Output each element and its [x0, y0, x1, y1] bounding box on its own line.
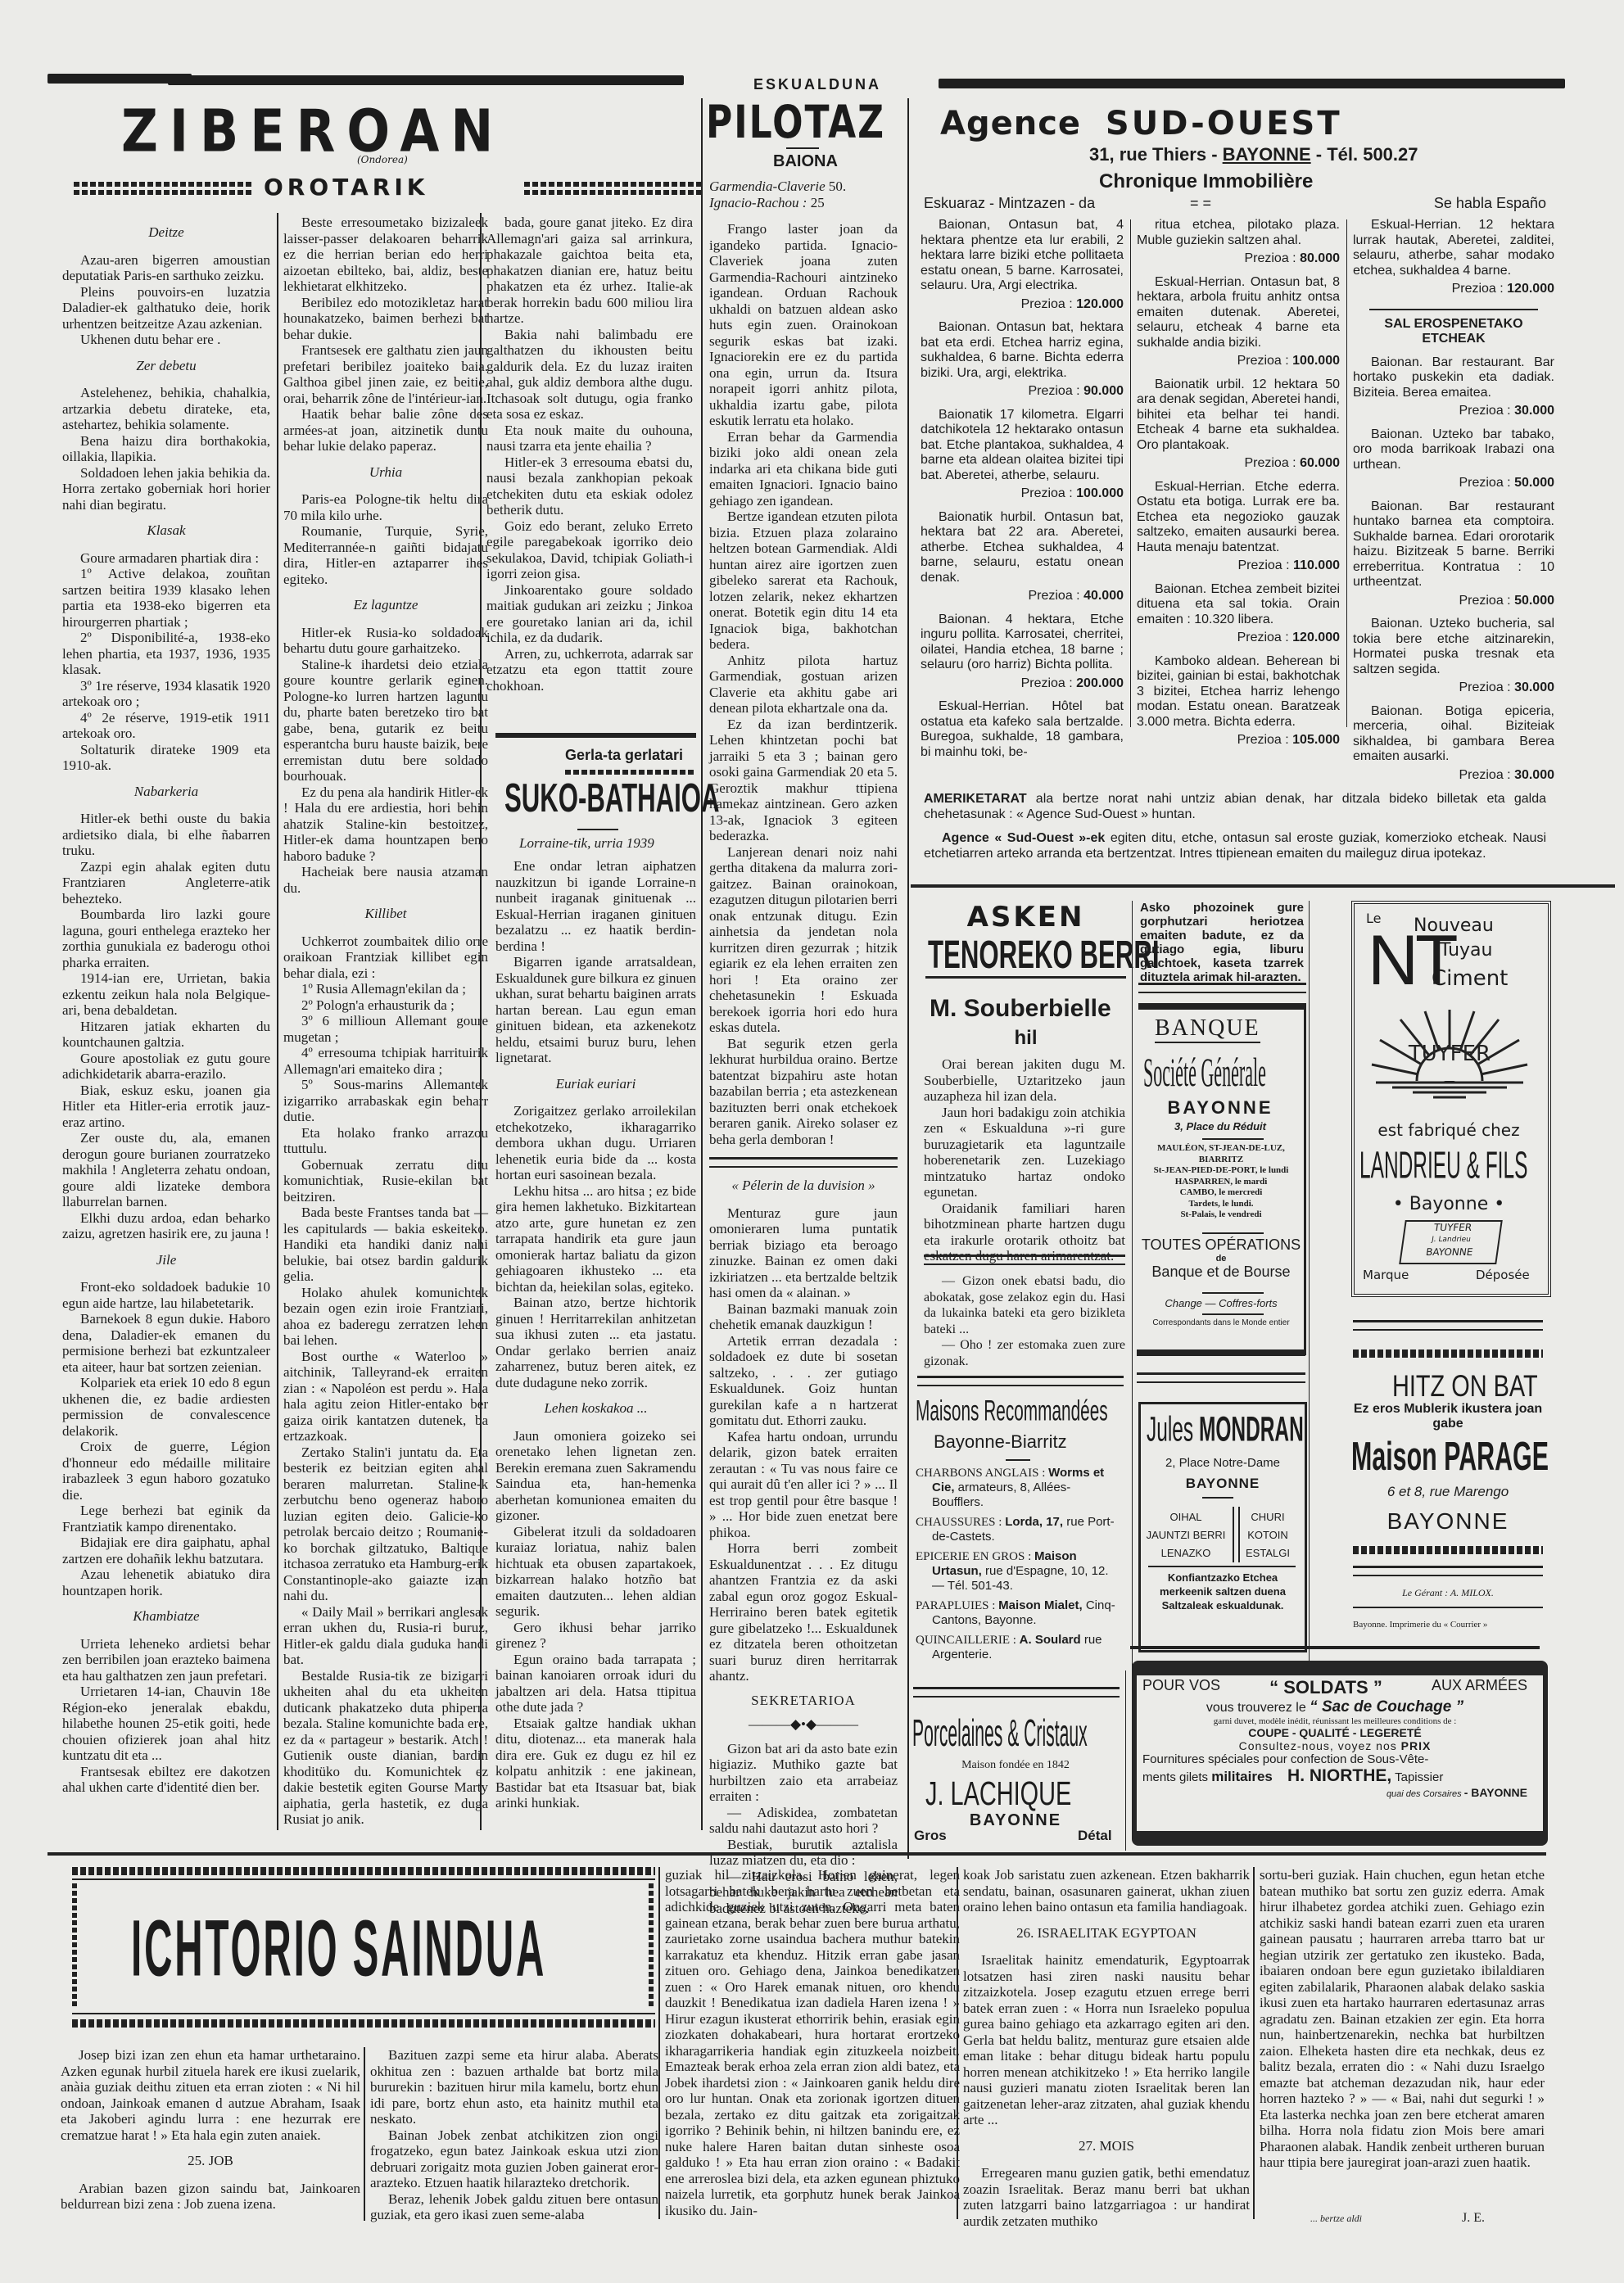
signature: SEKRETARIOA — [709, 1693, 898, 1709]
paragraph: Jaun omoniera goizeko sei orenetako lehe… — [495, 1428, 696, 1524]
banque-rule-3 — [1202, 1292, 1264, 1294]
mondran-right-item: KOTOIN — [1238, 1526, 1297, 1544]
paragraph: Bena haizu dira borthakokia, oillakia, l… — [62, 433, 270, 465]
paragraph: koak Job saristatu zuen azkenean. Etzen … — [963, 1867, 1250, 1915]
paragraph: Horra berri zombeit Eskualdunentzat . . … — [709, 1540, 898, 1684]
branch: MAULÉON, ST-JEAN-DE-LUZ, — [1138, 1143, 1304, 1155]
pilotaz-rule — [786, 147, 819, 149]
listing-price: Prezioa : 90.000 — [921, 384, 1124, 400]
maisons-top-rule — [917, 1376, 1124, 1386]
ichtorio-title: ICHTORIO SAINDUA — [131, 1901, 546, 1993]
paragraph: Artetik errran dezadala : soldadoek ez d… — [709, 1333, 898, 1429]
column-divider — [658, 1867, 660, 2219]
branch: HASPARREN, le mardi — [1138, 1177, 1304, 1188]
mondran-footer: Konfiantzazko Etcheamerkeenik saltzen du… — [1140, 1571, 1305, 1612]
listing-price: Prezioa : 40.000 — [921, 589, 1124, 604]
niorthe-soldats: “ SOLDATS ” — [1269, 1677, 1382, 1698]
svg-text:TUYFER: TUYFER — [1408, 1042, 1491, 1066]
tuyfer-mark-right: Déposée — [1476, 1268, 1530, 1282]
banque-bottom-rule — [1137, 1349, 1305, 1356]
niorthe-trade: Tapissier — [1395, 1770, 1443, 1784]
listing-price: Prezioa : 30.000 — [1353, 680, 1554, 696]
paragraph: Eta nouk maite du ouhouna, nausi tzarra … — [486, 423, 693, 454]
column-divider — [1132, 901, 1133, 1670]
banque-rule — [1202, 1138, 1264, 1140]
orotarik-rule-right-2 — [524, 190, 704, 195]
paragraph: — Gizon onek ebatsi badu, dio abokatak, … — [924, 1273, 1125, 1337]
agence-subtitle: Chronique Immobilière — [1099, 170, 1313, 193]
paragraph: — Adiskidea, zombatetan saldu nahi dauta… — [709, 1805, 898, 1837]
listing: Baionan. 4 hektara, Etche inguru pollita… — [921, 613, 1124, 673]
paragraph: guziak hil zitzaizkola. Horien gainerat,… — [665, 1867, 960, 2218]
paragraph: 2º Disponibilité-a, 1938-eko lehen phart… — [62, 630, 270, 678]
banque-correspondents: Correspondants dans le Monde entier — [1138, 1318, 1304, 1327]
column-divider — [1309, 901, 1310, 1670]
paragraph: Beste erresoumetako bizizaleek laisser-p… — [283, 215, 488, 295]
listing-price: Prezioa : 110.000 — [1137, 558, 1340, 574]
parage-name-1: Maison — [1351, 1435, 1437, 1480]
parage-address: 6 et 8, rue Marengo — [1351, 1484, 1545, 1500]
asken-bottom-rule — [924, 1255, 1125, 1265]
ichtorio-column-5: sortu-beri guziak. Hain chuchen, egun he… — [1260, 1867, 1545, 2171]
mondran-address: 2, Place Notre-Dame — [1138, 1456, 1307, 1470]
ichtorio-column-3: guziak hil zitzaizkola. Horien gainerat,… — [665, 1867, 960, 2218]
section-heading: Zer debetu — [62, 358, 270, 374]
paragraph: Goure apostoliak ez gutu goure adichkide… — [62, 1051, 270, 1083]
paragraph: Barnekoek 8 egun dukie. Haboro dena, Dal… — [62, 1311, 270, 1375]
asken-joke: — Gizon onek ebatsi badu, dio abokatak, … — [924, 1273, 1125, 1369]
agence-listings-column-1: Baionan, Ontasun bat, 4 hektara phentze … — [921, 218, 1124, 760]
parage-dots-top — [1353, 1349, 1543, 1358]
mondran-name: Jules MONDRAN — [1147, 1410, 1304, 1450]
ornament-divider: ———◆•◆——— — [709, 1716, 898, 1733]
ichtorio-column-4: koak Job saristatu zuen azkenean. Etzen … — [963, 1867, 1250, 2229]
sal-heading: SAL EROSPENETAKO ETCHEAK — [1369, 309, 1538, 347]
banque-rule-4 — [1202, 1313, 1264, 1315]
banque-name: Société Générale — [1143, 1050, 1266, 1096]
paragraph: Jinkoarentako goure soldado maitiak gudu… — [486, 582, 693, 646]
ichtorio-column-2: Bazituen zazpi seme eta hirur alaba. Abe… — [370, 2047, 658, 2223]
pilotaz-location: BAIONA — [773, 152, 838, 171]
paragraph: Israelitak hainitz emendaturik, Egyptoar… — [963, 1952, 1250, 2128]
section-heading: Urhia — [283, 464, 488, 481]
listing: Baionan. Uzteko bucheria, sal tokia bere… — [1353, 617, 1554, 677]
parage-title: HITZ ON BAT — [1392, 1369, 1538, 1404]
paragraph: Kolpariek eta eriek 10 edo 8 egun ukhene… — [62, 1375, 270, 1439]
banque-ops-3: Banque et de Bourse — [1138, 1264, 1304, 1281]
suko-title-rule — [577, 829, 618, 830]
paragraph: Hitler-ek Rusia-ko soldadoak behartu dut… — [283, 625, 488, 657]
ichtorio-dots-top — [72, 1867, 655, 1875]
paragraph: 5º Sous-marins Allemantek izigarriko arr… — [283, 1077, 488, 1125]
agence-title: Agence SUD-OUEST — [940, 105, 1342, 142]
niorthe-line1-pre: POUR VOS — [1142, 1677, 1220, 1698]
lachique-founded: Maison fondée en 1842 — [911, 1759, 1120, 1772]
maison-entry: CHARBONS ANGLAIS : Worms et Cie, armateu… — [916, 1466, 1120, 1510]
orotarik-heading: OROTARIK — [264, 174, 428, 201]
paragraph: Biak, eskuz esku, joanen gia Hitler eta … — [62, 1083, 270, 1131]
paragraph: Goiz edo berant, zeluko Erreto egile par… — [486, 518, 693, 582]
niorthe-top-rule — [1130, 1646, 1540, 1649]
pilotaz-scores: Garmendia-Claverie 50.Ignacio-Rachou : 2… — [709, 179, 898, 210]
ameriketarat-label: AMERIKETARAT — [924, 792, 1027, 806]
listing: Baionan. Botiga epiceria, merceria, oiha… — [1353, 704, 1554, 765]
paragraph: Bainan atzo, bertze hichtorik ginuen ! H… — [495, 1295, 696, 1390]
paragraph: bada, goure ganat jiteko. Ez dira Allema… — [486, 215, 693, 327]
mondran-name-2: MONDRAN — [1199, 1410, 1304, 1449]
mondran-footer-item: Konfiantzazko Etchea — [1140, 1571, 1305, 1585]
suko-kicker: Gerla-ta gerlatari — [565, 747, 683, 764]
asken-headline: M. Souberbielle — [930, 995, 1111, 1023]
listing-price: Prezioa : 60.000 — [1137, 456, 1340, 472]
paragraph: Gizon bat ari da asto bate ezin higiaziz… — [709, 1741, 898, 1805]
phozoin-note: Asko phozoinek gure gorphutzari heriotze… — [1140, 901, 1304, 984]
section-heading: Euriak euriari — [495, 1076, 696, 1092]
tuyfer-badge-3: BAYONNE — [1401, 1246, 1497, 1259]
agence-tagline-left: Eskuaraz - Mintzazen - da — [924, 195, 1095, 211]
lachique-gros: Gros — [914, 1828, 947, 1844]
listing: Eskual-Herrian. 12 hektara lurrak hautak… — [1353, 218, 1554, 278]
paragraph: Erregearen manu guzien gatik, bethi emen… — [963, 2165, 1250, 2229]
paragraph: 1º Active delakoa, zouñtan sartzen beiti… — [62, 566, 270, 630]
niorthe-city: - BAYONNE — [1464, 1786, 1527, 1799]
listing: Baionan. Bar restaurant. Bar hortako pus… — [1353, 355, 1554, 401]
paragraph: Bada beste Frantses tanda bat — les capi… — [283, 1205, 488, 1285]
mondran-left-item: LENAZKO — [1145, 1544, 1227, 1562]
banque-rule-2 — [1202, 1232, 1264, 1234]
listing: Baionatik 17 kilometra. Elgarri datchiko… — [921, 408, 1124, 484]
banque-ops: TOUTES OPÉRATIONS de Banque et de Bourse — [1138, 1236, 1304, 1281]
parage-bottom-rule — [1353, 1566, 1543, 1576]
paragraph: Haatik behar balie zône des armées-at jo… — [283, 406, 488, 454]
branch: CAMBO, le mercredi — [1138, 1187, 1304, 1199]
parage-dots-bottom — [1353, 1546, 1543, 1554]
paragraph: 1914-ian ere, Urrietan, bakia ezkentu ze… — [62, 970, 270, 1019]
niorthe-militaires: militaires — [1211, 1769, 1273, 1784]
section-heading: Jile — [62, 1252, 270, 1268]
paper-name: ESKUALDUNA — [753, 76, 881, 93]
paragraph: Zorigaitzez gerlako arroilekilan etcheko… — [495, 1103, 696, 1183]
maison-entry: CHAUSSURES : Lorda, 17, rue Port-de-Cast… — [916, 1515, 1120, 1544]
listing: Baionan. Uzteko bar tabako, oro moda bar… — [1353, 427, 1554, 473]
section-heading: Killibet — [283, 906, 488, 922]
tuyfer-big-n: N — [1368, 925, 1418, 996]
paragraph: Goure armadaren phartiak dira : — [62, 550, 270, 567]
mondran-rule-2 — [1148, 1566, 1296, 1567]
paragraph: Zertako Stalin'i juntatu da. Eta besteri… — [283, 1444, 488, 1604]
agence-bottom-rule — [911, 884, 1615, 888]
orotarik-rule-left — [74, 182, 254, 187]
ichtorio-dots-bottom — [72, 2019, 655, 2028]
paragraph: Uchkerrot zoumbaitek dilio orre oraikoan… — [283, 934, 488, 982]
lachique-detal: Détal — [1078, 1828, 1112, 1844]
ichtorio-frame-left — [72, 1883, 77, 2006]
tuyfer-badge-1: TUYFER — [1405, 1222, 1500, 1234]
paragraph: Croix de guerre, Légion d'honneur edo mé… — [62, 1439, 270, 1503]
tuyfer-badge: TUYFER J. Landrieu BAYONNE — [1399, 1220, 1503, 1264]
listing: ritua etchea, pilotako plaza. Muble guzi… — [1137, 218, 1340, 248]
listing: Baionan. Ontasun bat, hektara bat eta er… — [921, 320, 1124, 381]
paragraph: Frantsesek ere galthatu zien jaun prefet… — [283, 342, 488, 406]
rule — [709, 1157, 898, 1168]
paragraph: Bakia nahi balimbadu ere galthatzen du i… — [486, 327, 693, 423]
mondran-left-item: OIHAL — [1145, 1508, 1227, 1526]
suko-title: SUKO-BATHAIOA — [504, 776, 720, 822]
paragraph: Beraz, lehenik Jobek galdu zituen bere o… — [370, 2191, 658, 2223]
paragraph: Gero ikhusi behar jarriko girenez ? — [495, 1620, 696, 1652]
paragraph: Frango laster joan da igandeko partida. … — [709, 221, 898, 429]
paragraph: Urrietaren 14-ian, Chauvin 18e Région-ek… — [62, 1684, 270, 1764]
ziberoan-column-3: bada, goure ganat jiteko. Ez dira Allema… — [486, 215, 693, 694]
paragraph: Hacheiak bere nausia atzaman du. — [283, 864, 488, 896]
niorthe-prix: PRIX — [1401, 1739, 1432, 1752]
mondran-footer-item: merkeenik saltzen duena — [1140, 1585, 1305, 1598]
ichtorio-frame-right — [649, 1883, 654, 2006]
tuyfer-tuyau: Tuyau — [1440, 940, 1493, 961]
score-line: Ignacio-Rachou : 25 — [709, 195, 898, 211]
mondran-right-list: CHURIKOTOINESTALGI — [1238, 1508, 1297, 1562]
paragraph: Bainan bazmaki manuak zoin chehetik eman… — [709, 1301, 898, 1333]
paragraph: Beribilez edo motozikletaz harat hounaka… — [283, 295, 488, 343]
banque-city: BAYONNE — [1138, 1097, 1302, 1119]
paragraph: Josep bizi izan zen ehun eta hamar urthe… — [61, 2047, 360, 2143]
paragraph: Gibelerat itzuli da soldadoaren kuraiaz … — [495, 1524, 696, 1620]
ichtorio-rule-top — [72, 1878, 655, 1880]
mondran-footer-item: Saltzaleak eskualdunak. — [1140, 1598, 1305, 1612]
paragraph: Ukhenen dutu behar ere . — [62, 332, 270, 348]
paragraph: Staline-k ihardetsi deio etziala goure k… — [283, 657, 488, 784]
section-heading: Nabarkeria — [62, 784, 270, 800]
section-heading: Deitze — [62, 224, 270, 241]
listing: Eskual-Herrian. Etche ederra. Ostatu eta… — [1137, 480, 1340, 556]
paragraph: 3º 6 millioun Allemant goure mugetan ; — [283, 1013, 488, 1045]
suko-dateline: Lorraine-tik, urria 1939 — [519, 835, 654, 852]
maisons-subtitle: Bayonne-Biarritz — [934, 1431, 1067, 1453]
listing: Baionatik urbil. 12 hektara 50 ara denak… — [1137, 377, 1340, 454]
paragraph: Eta holako franko arrazou ttuttulu. — [283, 1125, 488, 1157]
paragraph: Roumanie, Turquie, Syrie, Mediterrannée-… — [283, 523, 488, 587]
banque-address: 3, Place du Réduit — [1138, 1120, 1302, 1132]
mondran-right-item: CHURI — [1238, 1508, 1297, 1526]
paragraph: Soltaturik dirateke 1909 eta 1910-ak. — [62, 742, 270, 774]
masthead-rule-right — [939, 79, 1565, 88]
agence-listings-column-3: Eskual-Herrian. 12 hektara lurrak hautak… — [1353, 218, 1554, 791]
paragraph: Lanjerean denari noiz nahi gertha ditake… — [709, 844, 898, 1036]
paragraph: Ez du pena ala handirik Hitler-ek ! Hala… — [283, 784, 488, 865]
maisons-bottom-rule — [913, 1687, 1120, 1698]
ziberoan-continued: (Ondorea) — [357, 154, 408, 165]
niorthe-line2-pre: vous trouverez le — [1206, 1701, 1306, 1715]
listing-price: Prezioa : 120.000 — [921, 297, 1124, 313]
banque-label: BANQUE — [1155, 1015, 1260, 1043]
niorthe-sac: “ Sac de Couchage ” — [1310, 1698, 1463, 1716]
mondran-right-item: ESTALGI — [1238, 1544, 1297, 1562]
paragraph: Pleins pouvoirs-en luzatzia Daladier-ek … — [62, 284, 270, 332]
maisons-title: Maisons Recommandées — [916, 1394, 1108, 1428]
agence-tagline: Eskuaraz - Mintzazen - da = = Se habla E… — [924, 195, 1546, 212]
paragraph: Elkhi duzu ardoa, edan beharko zaizu, ag… — [62, 1210, 270, 1242]
agence-address: 31, rue Thiers — [1089, 144, 1206, 165]
orotarik-rule-left-2 — [74, 190, 254, 195]
section-heading: 26. ISRAELITAK EGYPTOAN — [963, 1925, 1250, 1942]
niorthe-name: H. NIORTHE, — [1287, 1766, 1391, 1785]
niorthe-line6: Fournitures spéciales pour confection de… — [1142, 1752, 1527, 1766]
paragraph: Menturaz gure jaun omonieraren luma punt… — [709, 1205, 898, 1301]
listing-price: Prezioa : 50.000 — [1353, 594, 1554, 609]
paragraph: « Daily Mail » berrikari anglesak erran … — [283, 1604, 488, 1668]
niorthe-line7-pre: ments gilets — [1142, 1770, 1208, 1784]
imprint-rule — [1353, 1607, 1543, 1608]
asken-headline-sub: hil — [921, 1027, 1130, 1050]
listing-price: Prezioa : 50.000 — [1353, 476, 1554, 491]
niorthe-line1-post: AUX ARMÉES — [1432, 1677, 1527, 1698]
listing: Baionan. Bar restaurant huntako barnea e… — [1353, 500, 1554, 590]
tuyfer-made: est fabriqué chez — [1356, 1120, 1541, 1140]
paragraph: Boumbarda liro lazki goure laguna, gouri… — [62, 906, 270, 970]
agence-city: BAYONNE — [1223, 144, 1311, 165]
lachique-name: J. LACHIQUE — [925, 1775, 1071, 1814]
ichtorio-signature: J. E. — [1462, 2211, 1485, 2226]
paragraph: Kafea hartu ondoan, urrundu delarik, giz… — [709, 1429, 898, 1541]
section-heading: Lehen koskakoa ... — [495, 1400, 696, 1417]
imprint-printer: Bayonne. Imprimerie du « Courrier » — [1353, 1620, 1546, 1630]
listing-price: Prezioa : 120.000 — [1137, 631, 1340, 646]
paragraph: sortu-beri guziak. Hain chuchen, egun he… — [1260, 1867, 1545, 2171]
section-heading: Klasak — [62, 522, 270, 539]
parage-name-2: PARAGE — [1444, 1435, 1549, 1480]
asken-title-1: ASKEN — [921, 901, 1130, 934]
maison-entry: EPICERIE EN GROS : Maison Urtasun, rue d… — [916, 1549, 1120, 1594]
paragraph: Soldadoen lehen jakia behikia da. Horra … — [62, 465, 270, 513]
score-line: Garmendia-Claverie 50. — [709, 179, 898, 195]
column-divider — [1253, 1867, 1255, 2219]
ziberoan-column-1: DeitzeAzau-aren bigerren amoustian deput… — [62, 215, 270, 1796]
paragraph: Front-eko soldadoek badukie 10 egun aide… — [62, 1279, 270, 1311]
mondran-city: BAYONNE — [1138, 1476, 1307, 1492]
paragraph: Ez da izan berdintzerik. Lehen khintzeta… — [709, 717, 898, 844]
paragraph: Lege berhezi bat eginik da Frantziatik k… — [62, 1503, 270, 1535]
ziberoan-column-2: Beste erresoumetako bizizaleek laisser-p… — [283, 215, 488, 1828]
listing: Baionan. Etchea zembeit bizitei dituena … — [1137, 582, 1340, 628]
paragraph: Erran behar da Garmendia biziki joko ald… — [709, 429, 898, 509]
niorthe-street: quai des Corsaires — [1387, 1789, 1462, 1799]
paragraph: Bigarren igande arratsaldean, Eskualdune… — [495, 954, 696, 1066]
mondran-left-item: JAUNTZI BERRI — [1145, 1526, 1227, 1544]
maisons-rule — [1006, 1459, 1030, 1461]
paragraph: Bidajiak ere dira gaiphatu, aphal zartze… — [62, 1535, 270, 1566]
niorthe-content: POUR VOS “ SOLDATS ” AUX ARMÉES vous tro… — [1142, 1677, 1527, 1799]
column-divider — [907, 98, 909, 1859]
sunrise-icon: TUYFER — [1368, 1003, 1531, 1101]
maisons-list: CHARBONS ANGLAIS : Worms et Cie, armateu… — [916, 1466, 1120, 1667]
niorthe-line4: COUPE - QUALITÉ - LEGERETÉ — [1142, 1726, 1527, 1739]
paragraph: Bat segurik etzen gerla lekhurat hurbild… — [709, 1036, 898, 1148]
paragraph: 4º 2e réserve, 1919-etik 1911 artekoak o… — [62, 710, 270, 742]
imprint-gerant: Le Gérant : A. MILOX. — [1351, 1587, 1545, 1599]
asken-rule — [925, 976, 1126, 980]
column-divider — [480, 213, 482, 1830]
banque-ops-2: de — [1138, 1254, 1304, 1264]
tuyfer-city: • Bayonne • — [1356, 1194, 1541, 1214]
branch: BIARRITZ — [1138, 1155, 1304, 1166]
paragraph: Ene ondar letran aiphatzen nauzkitzun bi… — [495, 858, 696, 954]
maison-entry: QUINCAILLERIE : A. Soulard rue Argenteri… — [916, 1633, 1120, 1662]
suko-top-rule — [495, 733, 696, 738]
paragraph: 3º 1re réserve, 1934 klasatik 1920 artek… — [62, 678, 270, 710]
paragraph: Holako ahulek komunichtek bezain ogen ez… — [283, 1285, 488, 1349]
mondran-name-1: Jules — [1147, 1410, 1193, 1449]
agence-phone: - Tél. 500.27 — [1316, 144, 1418, 165]
banque-branches: MAULÉON, ST-JEAN-DE-LUZ,BIARRITZSt-JEAN-… — [1138, 1143, 1304, 1221]
parage-top-rule — [1353, 1320, 1543, 1331]
column-divider — [1125, 1670, 1126, 1851]
listing-price: Prezioa : 200.000 — [921, 676, 1124, 692]
banque-after-rule — [1137, 1372, 1305, 1383]
ichtorio-top-rule — [47, 1852, 1546, 1856]
niorthe-line5-pre: Consultez-nous, voyez nos — [1239, 1739, 1397, 1752]
paragraph: Lekhu hitsa ... aro hitsa ; ez bide gira… — [495, 1183, 696, 1295]
paragraph: Arren, zu, uchkerrota, adarrak sar etzat… — [486, 646, 693, 694]
agence-tagline-sep: = = — [1190, 195, 1211, 212]
paragraph: Hitzaren jatiak ekharten du kountchaunen… — [62, 1019, 270, 1051]
paragraph: Egun oraino bada tarrapata ; bainan kano… — [495, 1652, 696, 1716]
niorthe-line3: garni duvet, modèle inédit, réunissant l… — [1142, 1716, 1527, 1726]
listing-price: Prezioa : 80.000 — [1137, 251, 1340, 267]
pilotaz-column: Frango laster joan da igandeko partida. … — [709, 221, 898, 1916]
paragraph: Astelehenez, behikia, chahalkia, artzark… — [62, 385, 270, 433]
agence-title-1: Agence — [940, 105, 1081, 142]
paragraph: Arabian bazen gizon saindu bat, Jainkoar… — [61, 2181, 360, 2213]
paragraph: Paris-ea Pologne-tik heltu dira 70 mila … — [283, 491, 488, 523]
agence-tagline-right: Se habla Españo — [1434, 195, 1546, 212]
listing-price: Prezioa : 100.000 — [921, 486, 1124, 502]
paragraph: Azau-aren bigerren amoustian deputatiak … — [62, 252, 270, 284]
suko-kicker-rule — [565, 770, 696, 775]
tuyfer-nouveau: Nouveau — [1414, 915, 1494, 936]
phozoin-rule — [1138, 983, 1306, 993]
paragraph: Urrieta leheneko ardietsi behar zen berr… — [62, 1636, 270, 1684]
column-divider — [364, 2047, 365, 2221]
ichtorio-column-1: Josep bizi izan zen ehun eta hamar urthe… — [61, 2047, 360, 2213]
listing-price: Prezioa : 120.000 — [1353, 282, 1554, 297]
listing: Eskual-Herrian. Hôtel bat ostatua eta ka… — [921, 699, 1124, 760]
section-heading: Ez laguntze — [283, 597, 488, 613]
listing: Kamboko aldean. Beherean bi bizitei, gai… — [1137, 654, 1340, 730]
paragraph: 2º Pologn'a erhausturik da ; — [283, 997, 488, 1014]
paragraph: 1º Rusia Allemagn'ekilan da ; — [283, 981, 488, 997]
paragraph: Zazpi egin ahalak egiten dutu Frantziare… — [62, 859, 270, 907]
paragraph: Zer ouste du, ala, emanen derogun goure … — [62, 1130, 270, 1210]
banque-services: Change — Coffres-forts — [1138, 1297, 1304, 1309]
tuyfer-ciment: Ciment — [1432, 966, 1508, 991]
orotarik-rule-right — [524, 182, 704, 187]
paragraph: Hitler-ek 3 erresouma ebatsi du, nausi b… — [486, 454, 693, 518]
paragraph: Jaun hori badakigu zoin atchikia zen « E… — [924, 1105, 1125, 1200]
tuyfer-maker: LANDRIEU & FILS — [1359, 1145, 1527, 1188]
section-heading: Khambiatze — [62, 1608, 270, 1625]
tuyfer-badge-2: J. Landrieu — [1403, 1234, 1499, 1246]
maison-entry: PARAPLUIES : Maison Mialet, Cinq-Cantons… — [916, 1598, 1120, 1628]
parage-name: Maison PARAGE — [1351, 1435, 1549, 1481]
asken-article: Orai berean jakiten dugu M. Souberbielle… — [924, 1056, 1125, 1264]
column-divider — [957, 1867, 958, 2219]
paragraph: Bost ourthe « Waterloo » aitchinik, Tall… — [283, 1349, 488, 1444]
paragraph: Bazituen zazpi seme eta hirur alaba. Abe… — [370, 2047, 658, 2127]
masthead-rule-left-2 — [168, 75, 684, 85]
listing: Baionatik hurbil. Ontasun bat, hektara b… — [921, 510, 1124, 586]
column-divider — [277, 213, 278, 1830]
listing: Baionan, Ontasun bat, 4 hektara phentze … — [921, 218, 1124, 294]
